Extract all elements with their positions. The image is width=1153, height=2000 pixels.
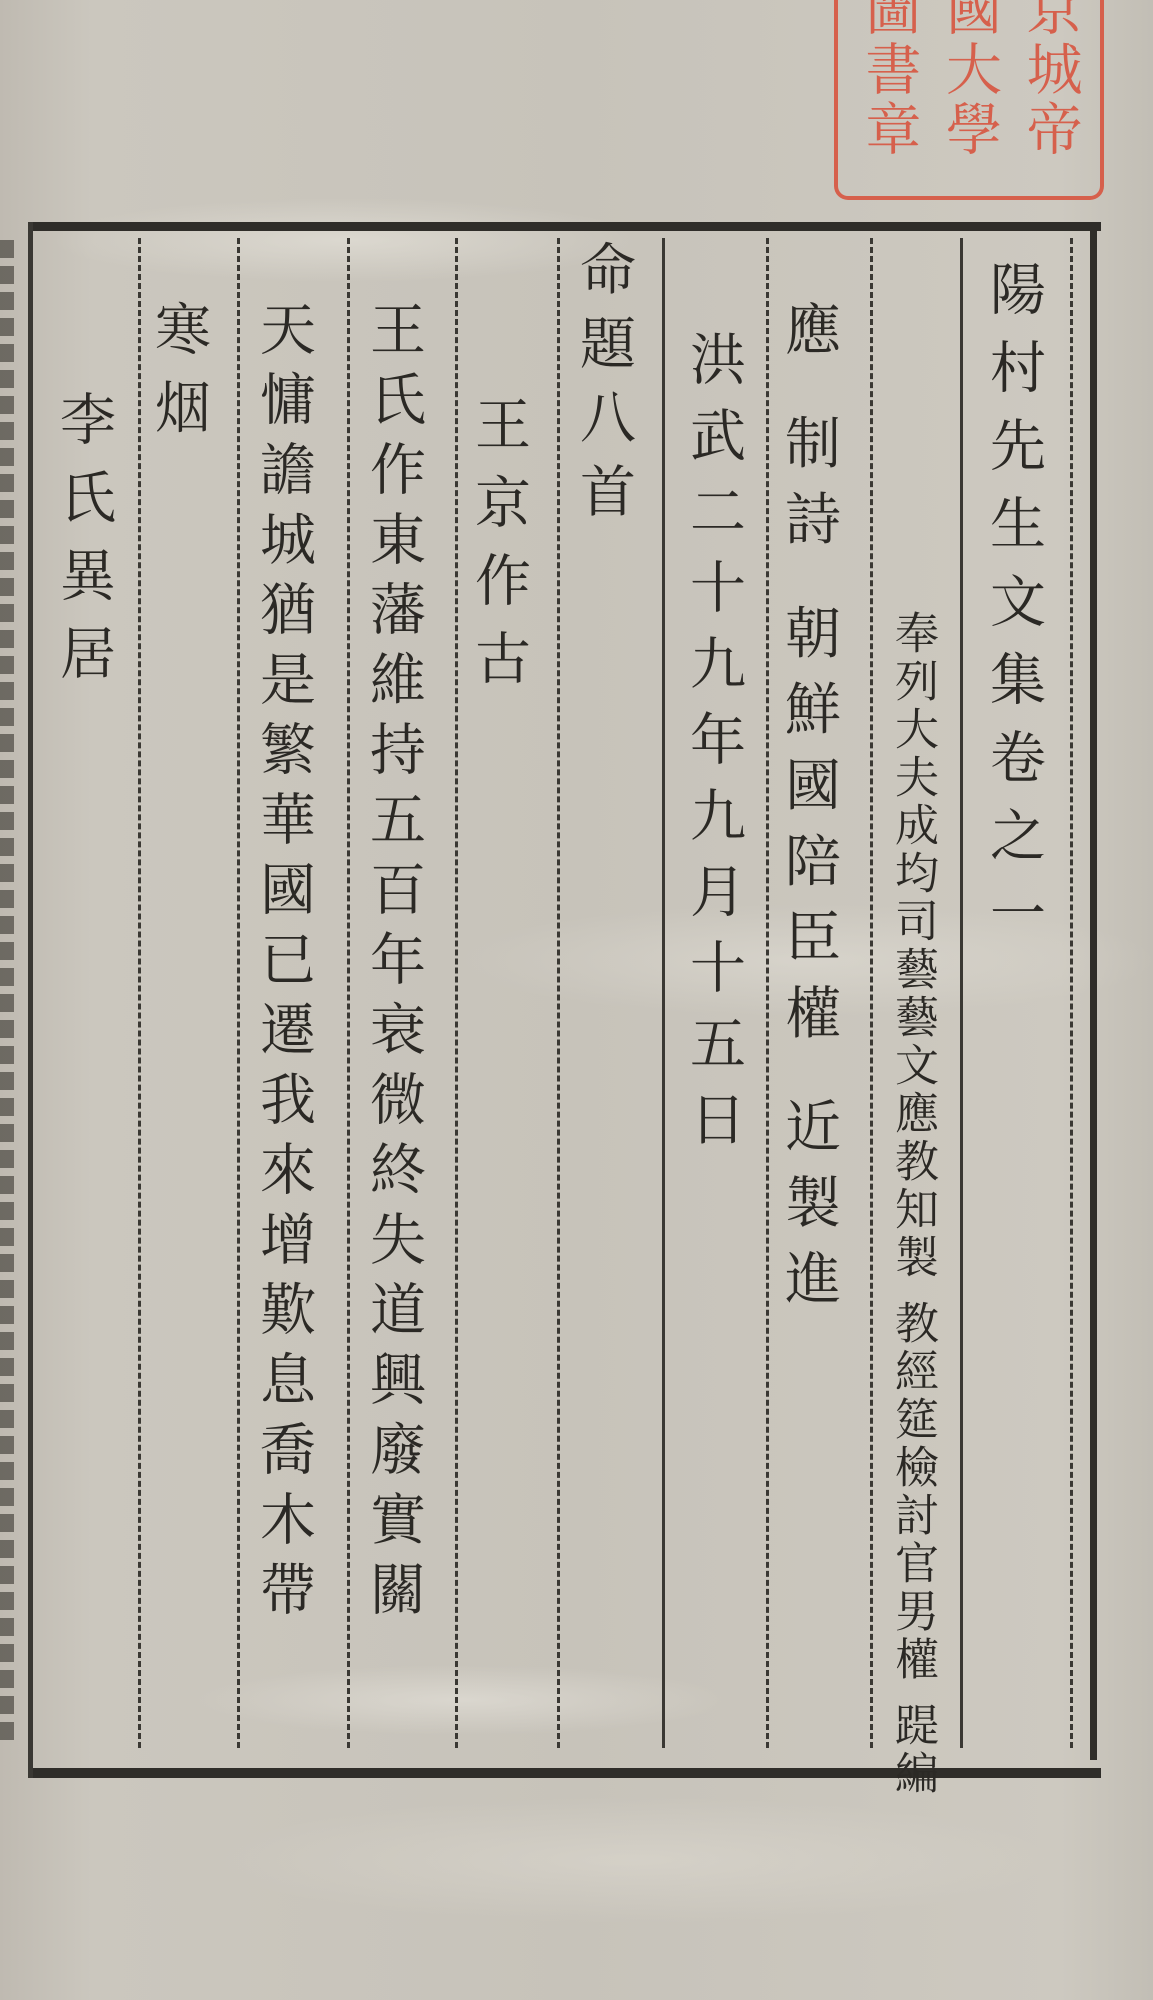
column-rule xyxy=(455,238,458,1748)
section-heading: 應 制詩 朝鮮國陪臣權 近製進 xyxy=(780,300,836,1325)
column-rule xyxy=(347,238,350,1748)
adjacent-page-edge xyxy=(0,240,14,1740)
column-rule xyxy=(662,238,665,1748)
poem-title: 李氏異居 xyxy=(55,390,111,702)
seal-column: 京城帝 xyxy=(1022,0,1078,196)
poem-line-end: 寒烟 xyxy=(150,300,206,456)
column-rule xyxy=(1070,238,1073,1748)
seal-column: 國大學 xyxy=(941,0,997,196)
column-rule xyxy=(960,238,963,1748)
column-rule xyxy=(557,238,560,1748)
volume-title: 陽村先生文集卷之一 xyxy=(985,260,1041,962)
compiler-credit: 奉列大夫成均司藝藝文應教知製 教經筵檢討官男權 踶編 xyxy=(890,610,934,1798)
frame-left-border xyxy=(28,222,33,1778)
poem-line: 王氏作東藩維持五百年衰微終失道興廢實關 xyxy=(365,300,421,1630)
column-rule xyxy=(870,238,873,1748)
library-seal-stamp: 京城帝 國大學 圖書章 xyxy=(834,0,1104,200)
date-line: 洪武二十九年九月十五日 xyxy=(685,330,741,1166)
column-rule xyxy=(237,238,240,1748)
seal-column: 圖書章 xyxy=(860,0,916,196)
poem-set-title: 命題八首 xyxy=(575,240,631,536)
poem-title: 王京作古 xyxy=(470,395,526,707)
column-rule xyxy=(138,238,141,1748)
poem-line: 天慵譫城猶是繁華國已遷我來增歎息喬木帶 xyxy=(255,300,311,1630)
column-rule xyxy=(766,238,769,1748)
frame-right-border xyxy=(1090,222,1097,1760)
